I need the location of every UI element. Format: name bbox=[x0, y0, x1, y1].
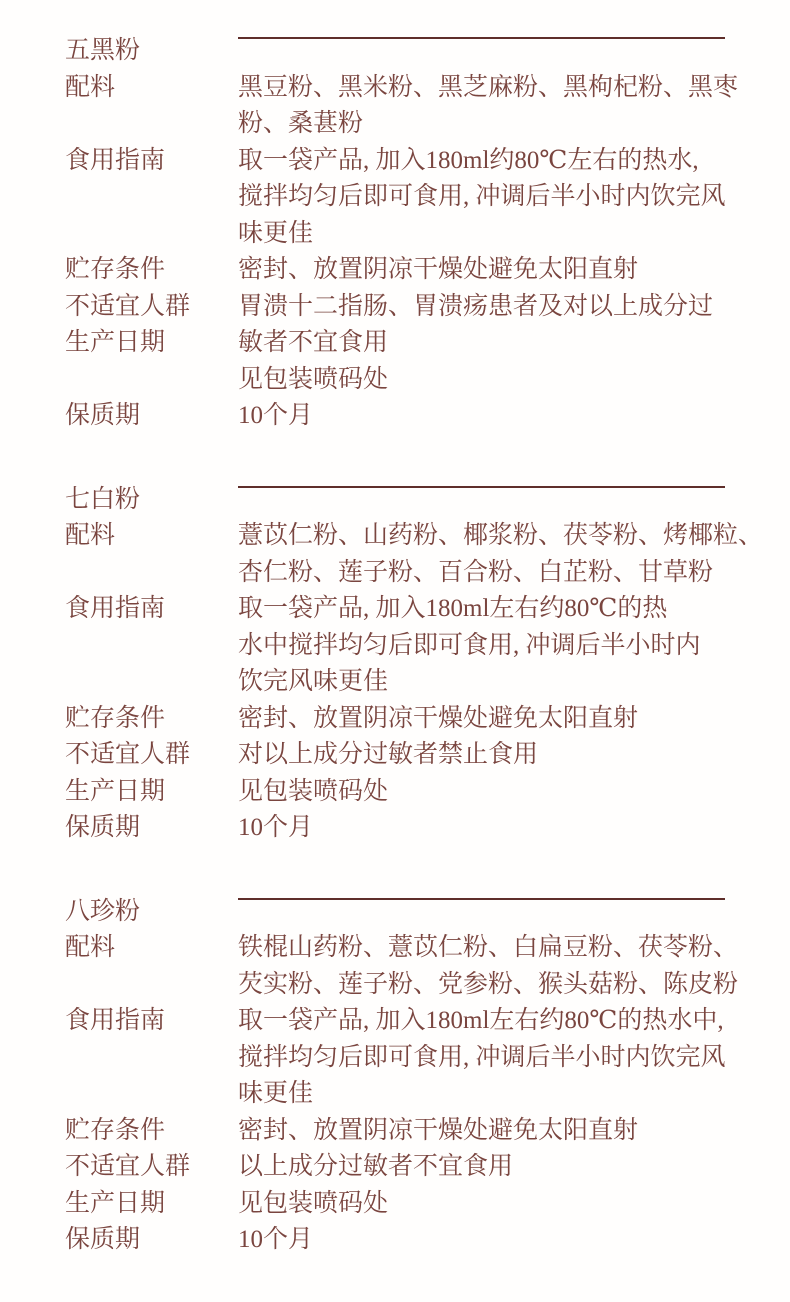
spec-value: 杏仁粉、莲子粉、百合粉、白芷粉、甘草粉 bbox=[238, 555, 740, 592]
spec-label: 食用指南 bbox=[65, 591, 238, 628]
spec-label: 保质期 bbox=[65, 1222, 238, 1259]
spec-row: 贮存条件 密封、放置阴凉干燥处避免太阳直射 bbox=[65, 1113, 740, 1150]
spec-row: 芡实粉、莲子粉、党参粉、猴头菇粉、陈皮粉 bbox=[65, 967, 740, 1004]
spec-label bbox=[65, 967, 238, 1004]
spec-row: 搅拌均匀后即可食用, 冲调后半小时内饮完风 bbox=[65, 1040, 740, 1077]
spec-label: 不适宜人群 bbox=[65, 737, 238, 774]
spec-row: 搅拌均匀后即可食用, 冲调后半小时内饮完风 bbox=[65, 179, 740, 216]
spec-row: 生产日期 敏者不宜食用 bbox=[65, 325, 740, 362]
spec-label bbox=[65, 179, 238, 216]
spec-row: 不适宜人群 以上成分过敏者不宜食用 bbox=[65, 1149, 740, 1186]
spec-label: 保质期 bbox=[65, 398, 238, 435]
spec-value: 铁棍山药粉、薏苡仁粉、白扁豆粉、茯苓粉、 bbox=[238, 930, 740, 967]
spec-row: 水中搅拌均匀后即可食用, 冲调后半小时内 bbox=[65, 628, 740, 665]
section-title-row: 八珍粉 bbox=[65, 894, 740, 931]
spec-row: 贮存条件 密封、放置阴凉干燥处避免太阳直射 bbox=[65, 701, 740, 738]
spec-row: 粉、桑葚粉 bbox=[65, 106, 740, 143]
spec-label: 生产日期 bbox=[65, 774, 238, 811]
spec-label bbox=[65, 1076, 238, 1113]
spec-value: 味更佳 bbox=[238, 216, 740, 253]
spec-row: 不适宜人群 对以上成分过敏者禁止食用 bbox=[65, 737, 740, 774]
sections-container: 五黑粉 配料 黑豆粉、黑米粉、黑芝麻粉、黑枸杞粉、黑枣 粉、桑葚粉 食用指南 取… bbox=[65, 33, 740, 1259]
spec-row: 见包装喷码处 bbox=[65, 362, 740, 399]
spec-value: 饮完风味更佳 bbox=[238, 664, 740, 701]
spec-label bbox=[65, 664, 238, 701]
spec-value: 见包装喷码处 bbox=[238, 1186, 740, 1223]
spec-value: 水中搅拌均匀后即可食用, 冲调后半小时内 bbox=[238, 628, 740, 665]
spec-value: 密封、放置阴凉干燥处避免太阳直射 bbox=[238, 701, 740, 738]
spec-row: 食用指南 取一袋产品, 加入180ml左右约80℃的热水中, bbox=[65, 1003, 740, 1040]
spec-row: 生产日期 见包装喷码处 bbox=[65, 1186, 740, 1223]
product-spec-sheet: 五黑粉 配料 黑豆粉、黑米粉、黑芝麻粉、黑枸杞粉、黑枣 粉、桑葚粉 食用指南 取… bbox=[0, 0, 790, 1302]
spec-label: 配料 bbox=[65, 518, 238, 555]
spec-row: 不适宜人群 胃溃十二指肠、胃溃疡患者及对以上成分过 bbox=[65, 289, 740, 326]
section-divider-rule bbox=[238, 37, 725, 39]
spec-row: 配料 黑豆粉、黑米粉、黑芝麻粉、黑枸杞粉、黑枣 bbox=[65, 70, 740, 107]
section-rule-cell bbox=[238, 482, 740, 519]
section-divider-rule bbox=[238, 898, 725, 900]
spec-value: 粉、桑葚粉 bbox=[238, 106, 740, 143]
spec-row: 保质期 10个月 bbox=[65, 398, 740, 435]
spec-label: 保质期 bbox=[65, 810, 238, 847]
spec-label bbox=[65, 106, 238, 143]
spec-label bbox=[65, 216, 238, 253]
spec-value: 见包装喷码处 bbox=[238, 362, 740, 399]
spec-value: 密封、放置阴凉干燥处避免太阳直射 bbox=[238, 1113, 740, 1150]
spec-label: 配料 bbox=[65, 930, 238, 967]
spec-label: 贮存条件 bbox=[65, 252, 238, 289]
spec-value: 见包装喷码处 bbox=[238, 774, 740, 811]
spec-value: 10个月 bbox=[238, 398, 740, 435]
section-title-row: 五黑粉 bbox=[65, 33, 740, 70]
spec-label: 食用指南 bbox=[65, 143, 238, 180]
spec-label: 食用指南 bbox=[65, 1003, 238, 1040]
spec-row: 生产日期 见包装喷码处 bbox=[65, 774, 740, 811]
spec-value: 敏者不宜食用 bbox=[238, 325, 740, 362]
spec-value: 以上成分过敏者不宜食用 bbox=[238, 1149, 740, 1186]
spec-value: 黑豆粉、黑米粉、黑芝麻粉、黑枸杞粉、黑枣 bbox=[238, 70, 740, 107]
section-title: 八珍粉 bbox=[65, 894, 238, 931]
spec-value: 密封、放置阴凉干燥处避免太阳直射 bbox=[238, 252, 740, 289]
section-title: 五黑粉 bbox=[65, 33, 238, 70]
spec-label: 生产日期 bbox=[65, 325, 238, 362]
product-section: 七白粉 配料 薏苡仁粉、山药粉、椰浆粉、茯苓粉、烤椰粒、 杏仁粉、莲子粉、百合粉… bbox=[65, 482, 740, 847]
spec-row: 味更佳 bbox=[65, 216, 740, 253]
spec-row: 配料 薏苡仁粉、山药粉、椰浆粉、茯苓粉、烤椰粒、 bbox=[65, 518, 740, 555]
spec-label: 不适宜人群 bbox=[65, 1149, 238, 1186]
spec-value: 搅拌均匀后即可食用, 冲调后半小时内饮完风 bbox=[238, 1040, 740, 1077]
spec-label bbox=[65, 1040, 238, 1077]
spec-label bbox=[65, 555, 238, 592]
spec-value: 胃溃十二指肠、胃溃疡患者及对以上成分过 bbox=[238, 289, 740, 326]
spec-row: 保质期 10个月 bbox=[65, 810, 740, 847]
spec-label: 贮存条件 bbox=[65, 701, 238, 738]
spec-row: 杏仁粉、莲子粉、百合粉、白芷粉、甘草粉 bbox=[65, 555, 740, 592]
spec-label: 贮存条件 bbox=[65, 1113, 238, 1150]
spec-value: 取一袋产品, 加入180ml左右约80℃的热 bbox=[238, 591, 740, 628]
spec-value: 取一袋产品, 加入180ml约80℃左右的热水, bbox=[238, 143, 740, 180]
spec-label: 生产日期 bbox=[65, 1186, 238, 1223]
spec-value: 芡实粉、莲子粉、党参粉、猴头菇粉、陈皮粉 bbox=[238, 967, 740, 1004]
spec-label: 不适宜人群 bbox=[65, 289, 238, 326]
spec-value: 薏苡仁粉、山药粉、椰浆粉、茯苓粉、烤椰粒、 bbox=[238, 518, 763, 555]
spec-row: 食用指南 取一袋产品, 加入180ml左右约80℃的热 bbox=[65, 591, 740, 628]
spec-row: 贮存条件 密封、放置阴凉干燥处避免太阳直射 bbox=[65, 252, 740, 289]
spec-value: 10个月 bbox=[238, 1222, 740, 1259]
spec-row: 食用指南 取一袋产品, 加入180ml约80℃左右的热水, bbox=[65, 143, 740, 180]
spec-value: 10个月 bbox=[238, 810, 740, 847]
spec-label bbox=[65, 362, 238, 399]
product-section: 五黑粉 配料 黑豆粉、黑米粉、黑芝麻粉、黑枸杞粉、黑枣 粉、桑葚粉 食用指南 取… bbox=[65, 33, 740, 435]
section-title-row: 七白粉 bbox=[65, 482, 740, 519]
spec-value: 味更佳 bbox=[238, 1076, 740, 1113]
spec-value: 对以上成分过敏者禁止食用 bbox=[238, 737, 740, 774]
spec-label bbox=[65, 628, 238, 665]
spec-row: 保质期 10个月 bbox=[65, 1222, 740, 1259]
spec-row: 配料 铁棍山药粉、薏苡仁粉、白扁豆粉、茯苓粉、 bbox=[65, 930, 740, 967]
product-section: 八珍粉 配料 铁棍山药粉、薏苡仁粉、白扁豆粉、茯苓粉、 芡实粉、莲子粉、党参粉、… bbox=[65, 894, 740, 1259]
spec-row: 味更佳 bbox=[65, 1076, 740, 1113]
spec-value: 取一袋产品, 加入180ml左右约80℃的热水中, bbox=[238, 1003, 740, 1040]
spec-value: 搅拌均匀后即可食用, 冲调后半小时内饮完风 bbox=[238, 179, 740, 216]
spec-row: 饮完风味更佳 bbox=[65, 664, 740, 701]
section-rule-cell bbox=[238, 33, 740, 70]
section-title: 七白粉 bbox=[65, 482, 238, 519]
section-divider-rule bbox=[238, 486, 725, 488]
section-rule-cell bbox=[238, 894, 740, 931]
spec-label: 配料 bbox=[65, 70, 238, 107]
